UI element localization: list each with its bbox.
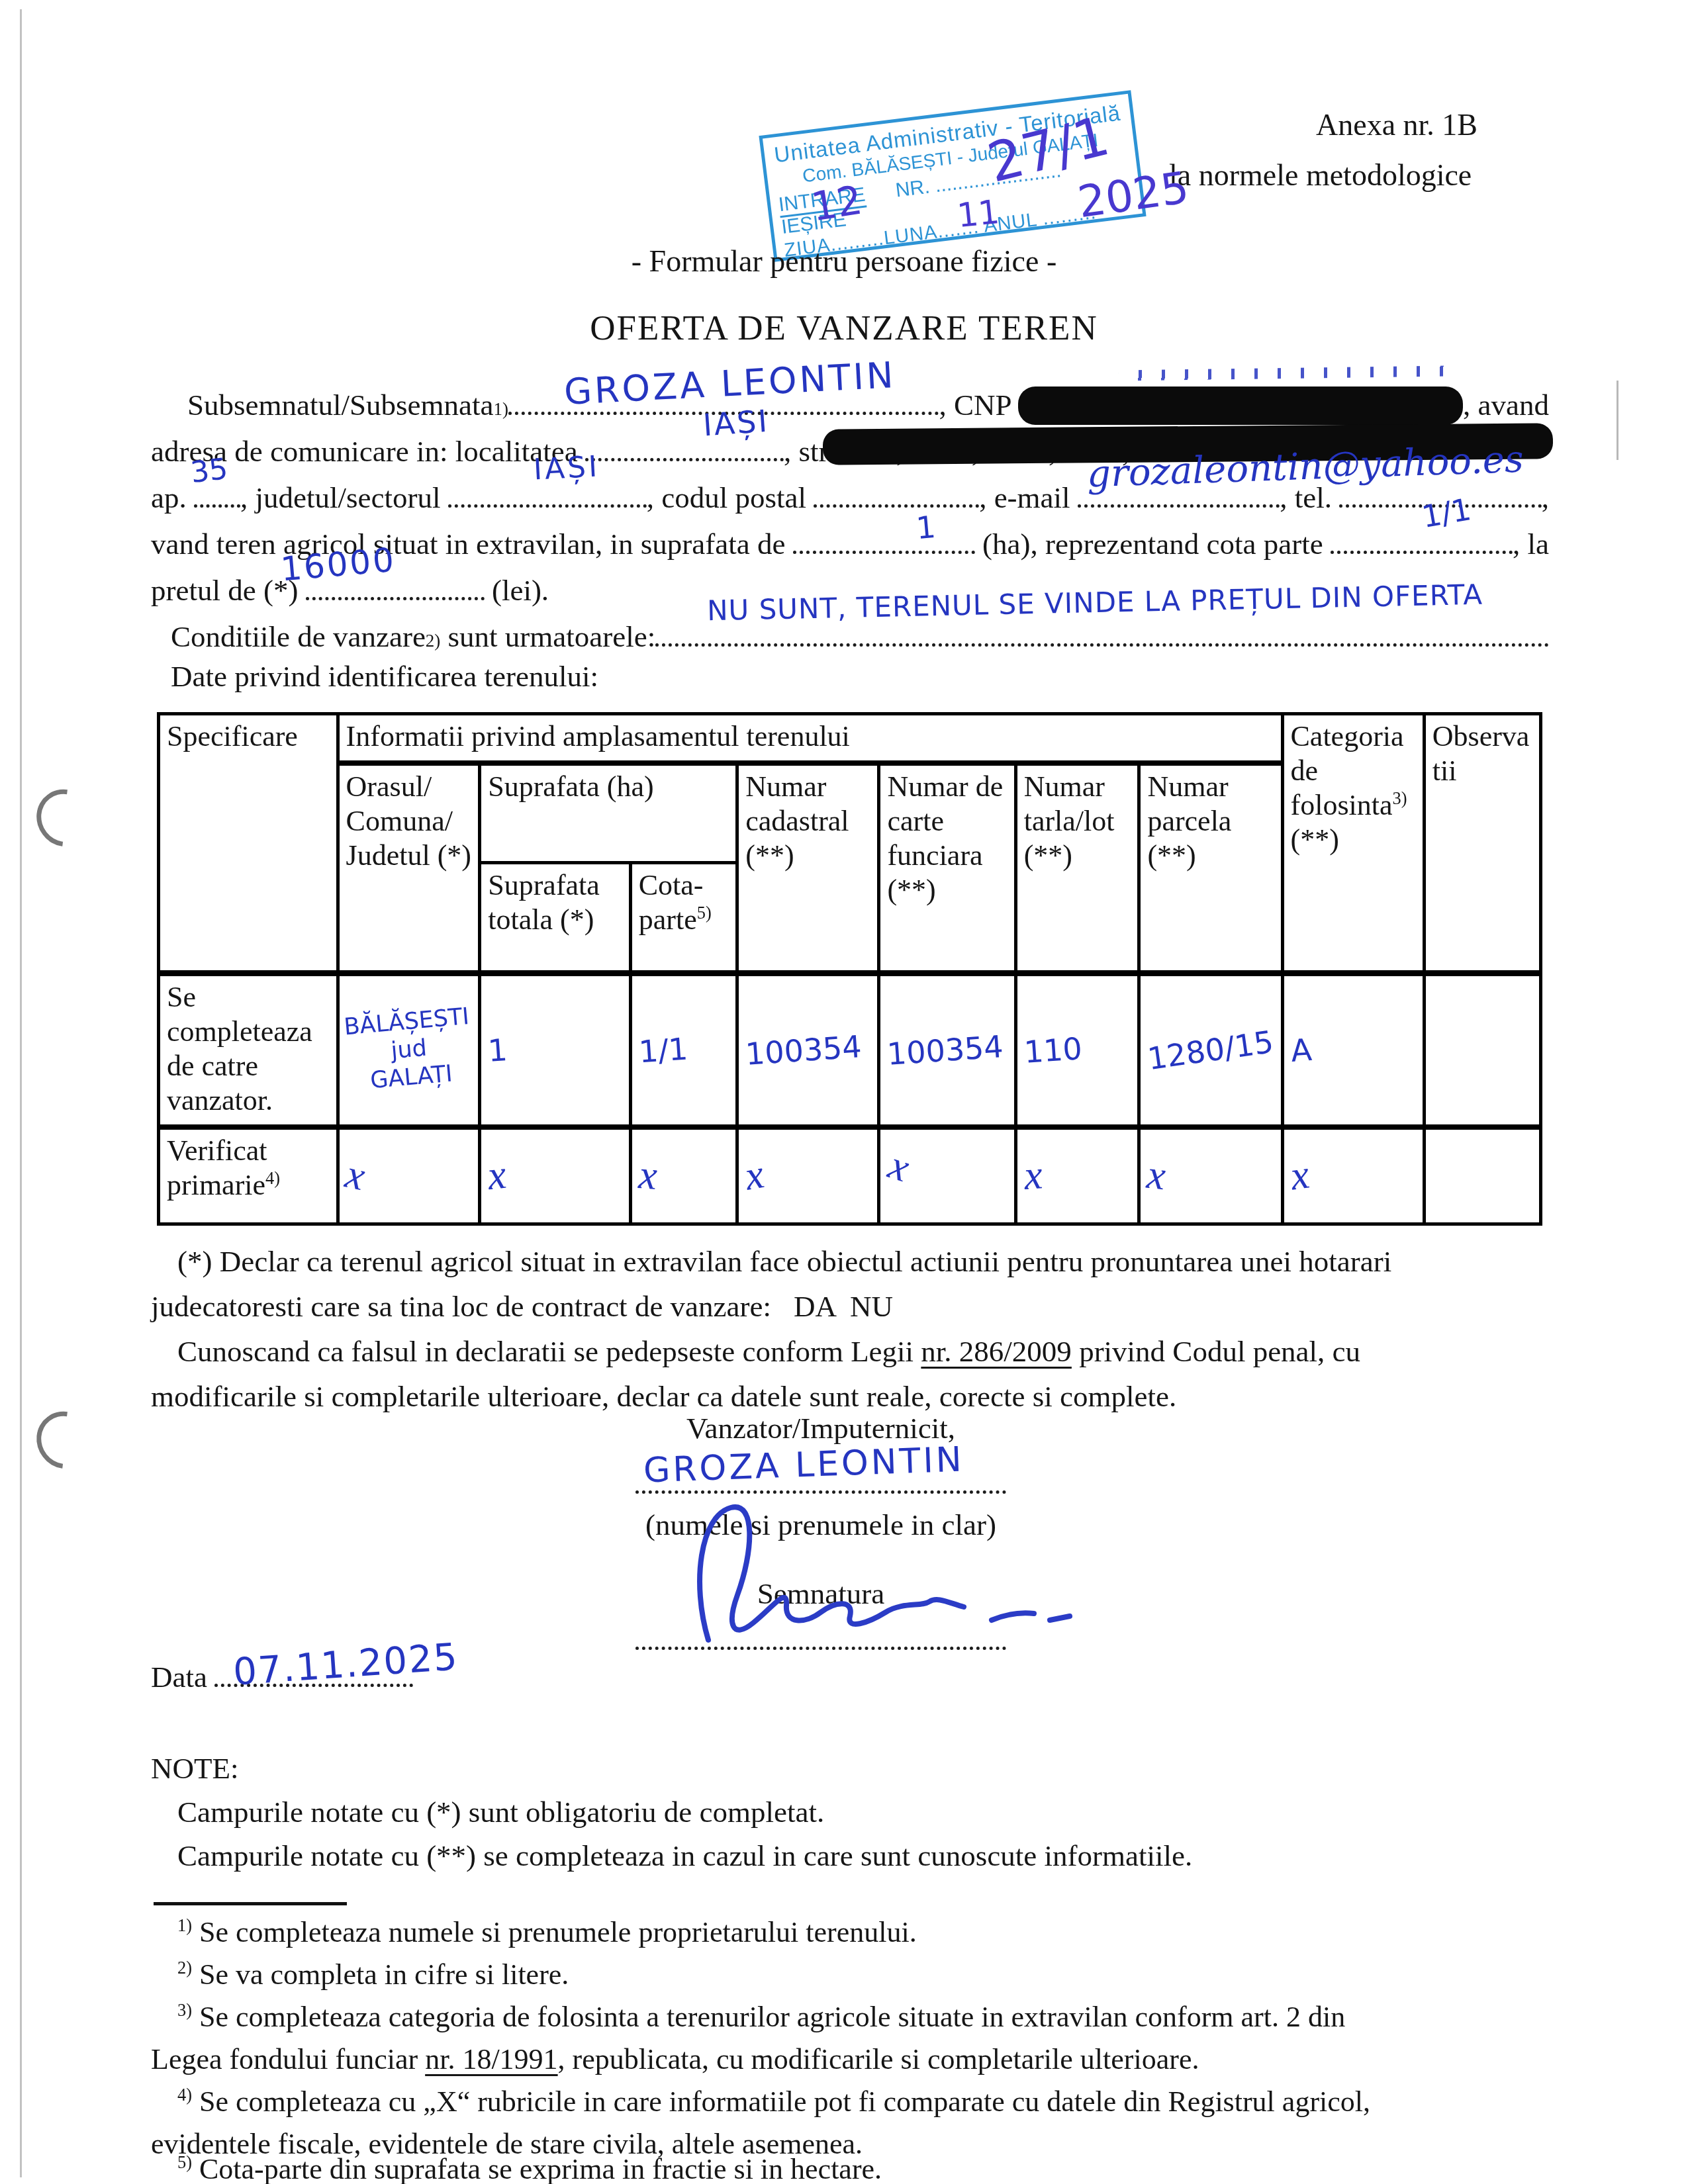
cell-check-categoria: x bbox=[1282, 1127, 1424, 1224]
cell-suprafata-totala: 1 bbox=[480, 974, 631, 1128]
cell-check-carte: x bbox=[879, 1127, 1015, 1224]
handwritten-localitatea: IAȘI bbox=[702, 406, 771, 441]
footnote-separator bbox=[154, 1902, 347, 1905]
subsemnatul-label: Subsemnatul/Subsemnata bbox=[187, 388, 493, 422]
footnote-2: 2) Se va completa in cifre si litere. bbox=[151, 1958, 1568, 1991]
cell-check-cota: x bbox=[630, 1127, 737, 1224]
col-header-cadastral: Numar cadastral (**) bbox=[737, 763, 879, 974]
footnote-4-text-a: Se completeaza cu „X“ rubricile in care … bbox=[192, 2085, 1370, 2118]
col-header-observatii: Observatii bbox=[1424, 714, 1540, 974]
cell-check-oras: x bbox=[338, 1127, 480, 1224]
handwritten-jud-word: jud bbox=[390, 1035, 428, 1065]
punch-hole-mark bbox=[25, 1400, 105, 1480]
handwritten-cadastral: 100354 bbox=[745, 1028, 863, 1072]
footnote-3-line-1: 3) Se completeaza categoria de folosinta… bbox=[151, 2000, 1568, 2034]
footnote-ref-2: 2) bbox=[426, 631, 441, 651]
col-header-oras: Orasul/ Comuna/ Judetul (*) bbox=[338, 763, 480, 974]
judet-label: , judetul/sectorul bbox=[240, 480, 448, 515]
col-header-suprafata-ha: Suprafata (ha) bbox=[480, 763, 737, 863]
conditii-label-2: sunt urmatoarele: bbox=[440, 619, 655, 654]
strada-label: , str bbox=[784, 434, 829, 469]
note-line-1: Campurile notate cu (*) sunt obligatoriu… bbox=[177, 1795, 824, 1829]
declaration-text-3b: privind Codul penal, cu bbox=[1072, 1334, 1360, 1369]
handwritten-x-mark: x bbox=[1022, 1152, 1044, 1201]
handwritten-x-mark: x bbox=[341, 1150, 369, 1201]
cota-text: Cota-parte bbox=[639, 869, 704, 936]
cell-carte-funciara: 100354 bbox=[879, 974, 1015, 1128]
handwritten-comuna: BĂLĂȘEȘTI bbox=[343, 1003, 470, 1040]
form-type-subtitle: - Formular pentru persoane fizice - bbox=[0, 244, 1688, 279]
footnote-1: 1) Se completeaza numele si prenumele pr… bbox=[151, 1915, 1568, 1949]
footnote-2-text: Se va completa in cifre si litere. bbox=[192, 1958, 569, 1991]
cell-check-parcela: x bbox=[1139, 1127, 1282, 1224]
footnote-2-marker: 2) bbox=[177, 1958, 192, 1978]
declaration-text-2: judecatoresti care sa tina loc de contra… bbox=[151, 1289, 771, 1324]
declaration-text-4: modificarile si completarile ulterioare,… bbox=[151, 1379, 1176, 1414]
cell-check-suprafata: x bbox=[480, 1127, 631, 1224]
land-identification-table: Specificare Informatii privind amplasame… bbox=[157, 712, 1542, 1226]
note-line-2: Campurile notate cu (**) se completeaza … bbox=[177, 1839, 1192, 1873]
handwritten-suprafata-totala: 1 bbox=[487, 1032, 508, 1069]
lei-label: (lei). bbox=[485, 573, 549, 608]
email-label: , e-mail bbox=[979, 480, 1078, 515]
handwritten-cnp-peek bbox=[1119, 366, 1450, 381]
footnote-3-marker: 3) bbox=[177, 2000, 192, 2020]
handwritten-signature bbox=[669, 1490, 1079, 1649]
norms-label: la normele metodologice bbox=[1169, 158, 1472, 193]
col-header-specificare: Specificare bbox=[159, 714, 338, 974]
conditii-label: Conditiile de vanzare bbox=[171, 619, 426, 654]
cell-oras: BĂLĂȘEȘTI jud GALAȚI bbox=[338, 974, 480, 1128]
footnote-ref-1: 1) bbox=[493, 399, 508, 420]
handwritten-judet: IAȘI bbox=[533, 452, 600, 484]
intro-line-3-end: , bbox=[1542, 480, 1549, 515]
footnote-3-text-c: , republicata, cu modificarile si comple… bbox=[558, 2043, 1199, 2075]
footnote-1-text: Se completeaza numele si prenumele propr… bbox=[192, 1916, 917, 1948]
row-label-verificat: Verificat primarie4) bbox=[159, 1127, 338, 1224]
col-header-tarla: Numar tarla/lot (**) bbox=[1015, 763, 1139, 974]
handwritten-x-mark: x bbox=[637, 1152, 659, 1201]
intro-line-1-end: , avand bbox=[1463, 388, 1549, 422]
suprafata-blank bbox=[793, 520, 975, 554]
col-header-info-banner: Informatii privind amplasamentul terenul… bbox=[338, 714, 1282, 764]
declaration-line-3: Cunoscand ca falsul in declaratii se ped… bbox=[151, 1334, 1549, 1383]
cnp-redaction-bar bbox=[1018, 387, 1463, 425]
declaration-line-2: judecatoresti care sa tina loc de contra… bbox=[151, 1289, 1549, 1338]
table-row-vanzator: Se completeaza de catre vanzator. BĂLĂȘE… bbox=[159, 974, 1541, 1128]
law-reference-286: nr. 286/2009 bbox=[921, 1334, 1072, 1369]
da-nu-options: DA NU bbox=[794, 1289, 893, 1324]
suprafata-label: vand teren agricol situat in extravilan,… bbox=[151, 527, 793, 561]
handwritten-x-mark: x bbox=[1145, 1151, 1168, 1201]
handwritten-x-mark: x bbox=[486, 1151, 509, 1201]
col-header-parcela: Numar parcela (**) bbox=[1139, 763, 1282, 974]
handwritten-x-mark: x bbox=[741, 1151, 768, 1202]
law-reference-18-1991: nr. 18/1991 bbox=[425, 2043, 557, 2075]
cod-postal-label: , codul postal bbox=[647, 480, 814, 515]
footnote-1-marker: 1) bbox=[177, 1915, 192, 1935]
scanned-form-page: Unitatea Administrativ - Teritorială Com… bbox=[0, 0, 1688, 2184]
declaration-text-3a: Cunoscand ca falsul in declaratii se ped… bbox=[177, 1334, 921, 1369]
handwritten-cota: 1/1 bbox=[637, 1030, 689, 1069]
handwritten-judet-name: GALAȚI bbox=[369, 1061, 453, 1095]
footnote-5: 5) Cota-parte din suprafata se exprima i… bbox=[151, 2152, 1568, 2184]
col-header-categoria: Categoria de folosinta3) (**) bbox=[1282, 714, 1424, 974]
handwritten-parcela: 1280/15 bbox=[1146, 1024, 1276, 1077]
date-teren-heading: Date privind identificarea terenului: bbox=[151, 659, 1549, 708]
table-row-verificat: Verificat primarie4) x x x x x x x x bbox=[159, 1127, 1541, 1224]
footnote-3-line-2: Legea fondului funciar nr. 18/1991, repu… bbox=[151, 2042, 1568, 2076]
footnote-5-marker: 5) bbox=[177, 2152, 192, 2172]
declaration-text-1: (*) Declar ca terenul agricol situat in … bbox=[177, 1244, 1391, 1279]
ap-label: ap. bbox=[151, 480, 194, 515]
cell-parcela: 1280/15 bbox=[1139, 974, 1282, 1128]
footnote-3-text-b: Legea fondului funciar bbox=[151, 2043, 425, 2075]
cota-parte-blank bbox=[1331, 520, 1513, 554]
footnote-ref-3: 3) bbox=[1393, 788, 1407, 808]
note-heading: NOTE: bbox=[151, 1751, 238, 1786]
cell-check-observatii bbox=[1424, 1127, 1540, 1224]
categoria-suffix: (**) bbox=[1291, 823, 1339, 856]
punch-hole-mark bbox=[25, 778, 105, 858]
cell-numar-cadastral: 100354 bbox=[737, 974, 879, 1128]
handwritten-day: 12 bbox=[809, 180, 865, 227]
cell-categoria: A bbox=[1282, 974, 1424, 1128]
handwritten-year: 2025 bbox=[1075, 166, 1192, 225]
declaration-line-1: (*) Declar ca terenul agricol situat in … bbox=[151, 1244, 1549, 1293]
handwritten-categoria: A bbox=[1289, 1032, 1313, 1069]
handwritten-x-mark: x bbox=[883, 1142, 915, 1193]
col-header-cota-parte: Cota-parte5) bbox=[630, 863, 737, 974]
vanzator-heading: Vanzator/Imputernicit, bbox=[450, 1411, 1192, 1445]
cell-cota-parte: 1/1 bbox=[630, 974, 737, 1128]
cell-check-tarla: x bbox=[1015, 1127, 1139, 1224]
cell-observatii bbox=[1424, 974, 1540, 1128]
footnote-5-text: Cota-parte din suprafata se exprima in f… bbox=[192, 2153, 882, 2184]
cell-check-cadastral: x bbox=[737, 1127, 879, 1224]
intro-line-4-end: , la bbox=[1513, 527, 1549, 561]
handwritten-cota-parte: 1/1 bbox=[1420, 494, 1474, 532]
cod-postal-blank bbox=[814, 474, 979, 508]
data-label: Data bbox=[151, 1660, 214, 1694]
scan-artifact-line bbox=[1617, 381, 1618, 460]
handwritten-x-mark: x bbox=[1288, 1151, 1312, 1201]
row-label-vanzator: Se completeaza de catre vanzator. bbox=[159, 974, 338, 1128]
footnote-4-marker: 4) bbox=[177, 2085, 192, 2105]
cell-tarla: 110 bbox=[1015, 974, 1139, 1128]
footnote-ref-5: 5) bbox=[697, 903, 712, 923]
handwritten-pret: 16000 bbox=[279, 543, 397, 586]
categoria-text: Categoria de folosinta bbox=[1291, 720, 1404, 821]
handwritten-month: 11 bbox=[956, 195, 1002, 232]
verificat-text: Verificat primarie bbox=[167, 1134, 267, 1201]
col-header-carte-funciara: Numar de carte funciara (**) bbox=[879, 763, 1015, 974]
cota-parte-label: (ha), reprezentand cota parte bbox=[975, 527, 1331, 561]
footnote-ref-4: 4) bbox=[265, 1168, 280, 1188]
annex-label: Anexa nr. 1B bbox=[1316, 107, 1477, 142]
col-header-suprafata-totala: Suprafata totala (*) bbox=[480, 863, 631, 974]
handwritten-apartment: 35 bbox=[189, 455, 230, 488]
handwritten-carte-funciara: 100354 bbox=[886, 1028, 1005, 1072]
footnote-4-line-1: 4) Se completeaza cu „X“ rubricile in ca… bbox=[151, 2085, 1568, 2118]
handwritten-suprafata: 1 bbox=[915, 512, 937, 543]
cnp-label: , CNP bbox=[939, 388, 1018, 422]
footnote-3-text-a: Se completeaza categoria de folosinta a … bbox=[192, 2001, 1345, 2033]
date-teren-label: Date privind identificarea terenului: bbox=[171, 659, 598, 694]
handwritten-tarla: 110 bbox=[1023, 1030, 1083, 1070]
page-title: OFERTA DE VANZARE TEREN bbox=[0, 308, 1688, 348]
